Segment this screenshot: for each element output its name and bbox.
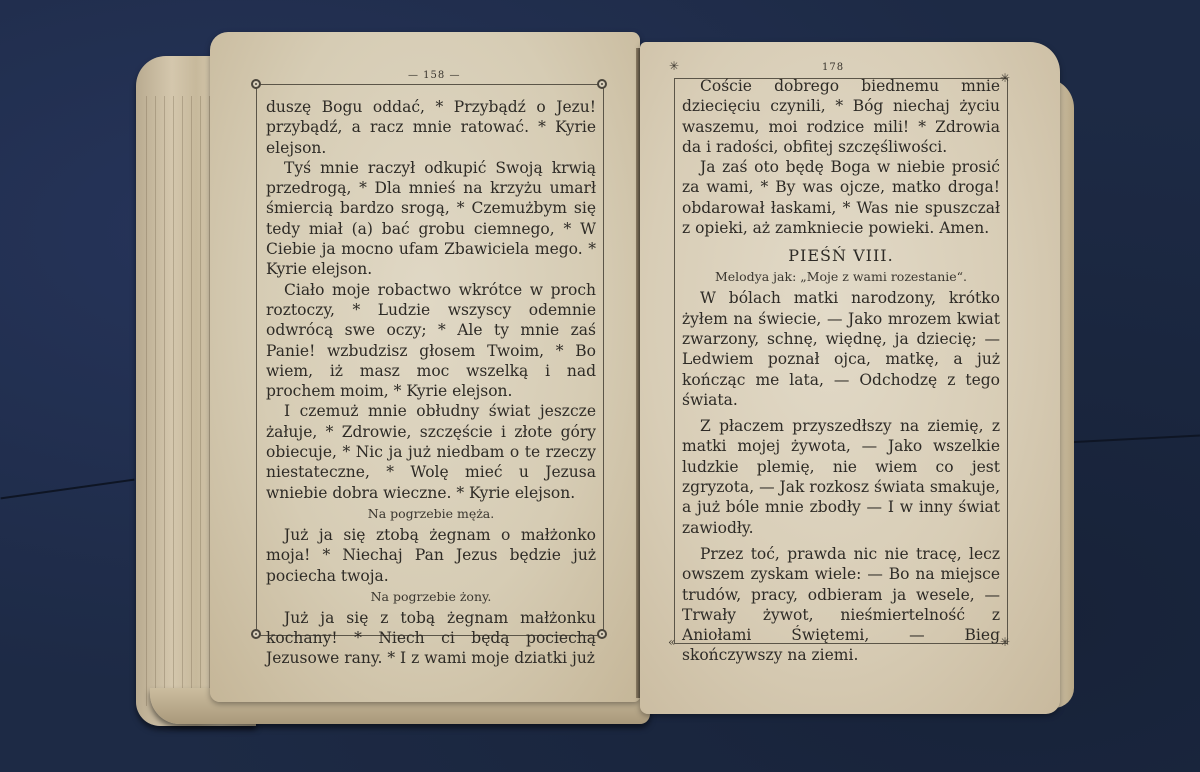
table-crack	[1065, 434, 1200, 443]
paragraph: Już ja się z tobą żegnam małżonku kochan…	[266, 608, 596, 669]
corner-ornament-icon	[251, 79, 261, 89]
left-page-text: duszę Bogu oddać, * Przybądź o Jezu! prz…	[266, 97, 596, 669]
section-heading: Na pogrzebie żony.	[266, 588, 596, 606]
verse: W bólach matki narodzony, krótko żyłem n…	[682, 288, 1000, 410]
paragraph: Już ja się ztobą żegnam o małżonko moja!…	[266, 525, 596, 586]
song-title: PIEŚŃ VIII.	[682, 246, 1000, 266]
paragraph: Ciało moje robactwo wkrótce w proch rozt…	[266, 280, 596, 402]
corner-ornament-icon	[597, 629, 607, 639]
verse: Z płaczem przyszedłszy na ziemię, z matk…	[682, 416, 1000, 538]
left-page-number: — 158 —	[408, 70, 460, 81]
right-page: 178 ✳ ✳ « ✳ Coście dobrego biednemu mnie…	[640, 42, 1060, 714]
corner-star-icon: ✳	[669, 60, 679, 72]
right-page-text: Coście dobrego biednemu mnie dziecięciu …	[682, 76, 1000, 666]
paragraph: Coście dobrego biednemu mnie dziecięciu …	[682, 76, 1000, 157]
corner-ornament-icon	[597, 79, 607, 89]
paragraph: Ja zaś oto będę Boga w niebie prosić za …	[682, 157, 1000, 238]
section-heading: Na pogrzebie męża.	[266, 505, 596, 523]
right-page-number: 178	[822, 62, 844, 73]
melody-note: Melodya jak: „Moje z wami rozestanie“.	[682, 268, 1000, 286]
corner-star-icon: ✳	[1000, 636, 1010, 648]
verse: Przez toć, prawda nic nie tracę, lecz ow…	[682, 544, 1000, 666]
corner-star-icon: «	[668, 636, 675, 648]
corner-star-icon: ✳	[1000, 72, 1010, 84]
left-page: — 158 — duszę Bogu oddać, * Przybądź o J…	[210, 32, 640, 702]
paragraph: duszę Bogu oddać, * Przybądź o Jezu! prz…	[266, 97, 596, 158]
corner-ornament-icon	[251, 629, 261, 639]
open-book: — 158 — duszę Bogu oddać, * Przybądź o J…	[130, 28, 1070, 728]
paragraph: I czemuż mnie obłudny świat jeszcze żału…	[266, 401, 596, 502]
paragraph: Tyś mnie raczył odkupić Swoją krwią prze…	[266, 158, 596, 280]
table-crack	[1, 479, 135, 500]
